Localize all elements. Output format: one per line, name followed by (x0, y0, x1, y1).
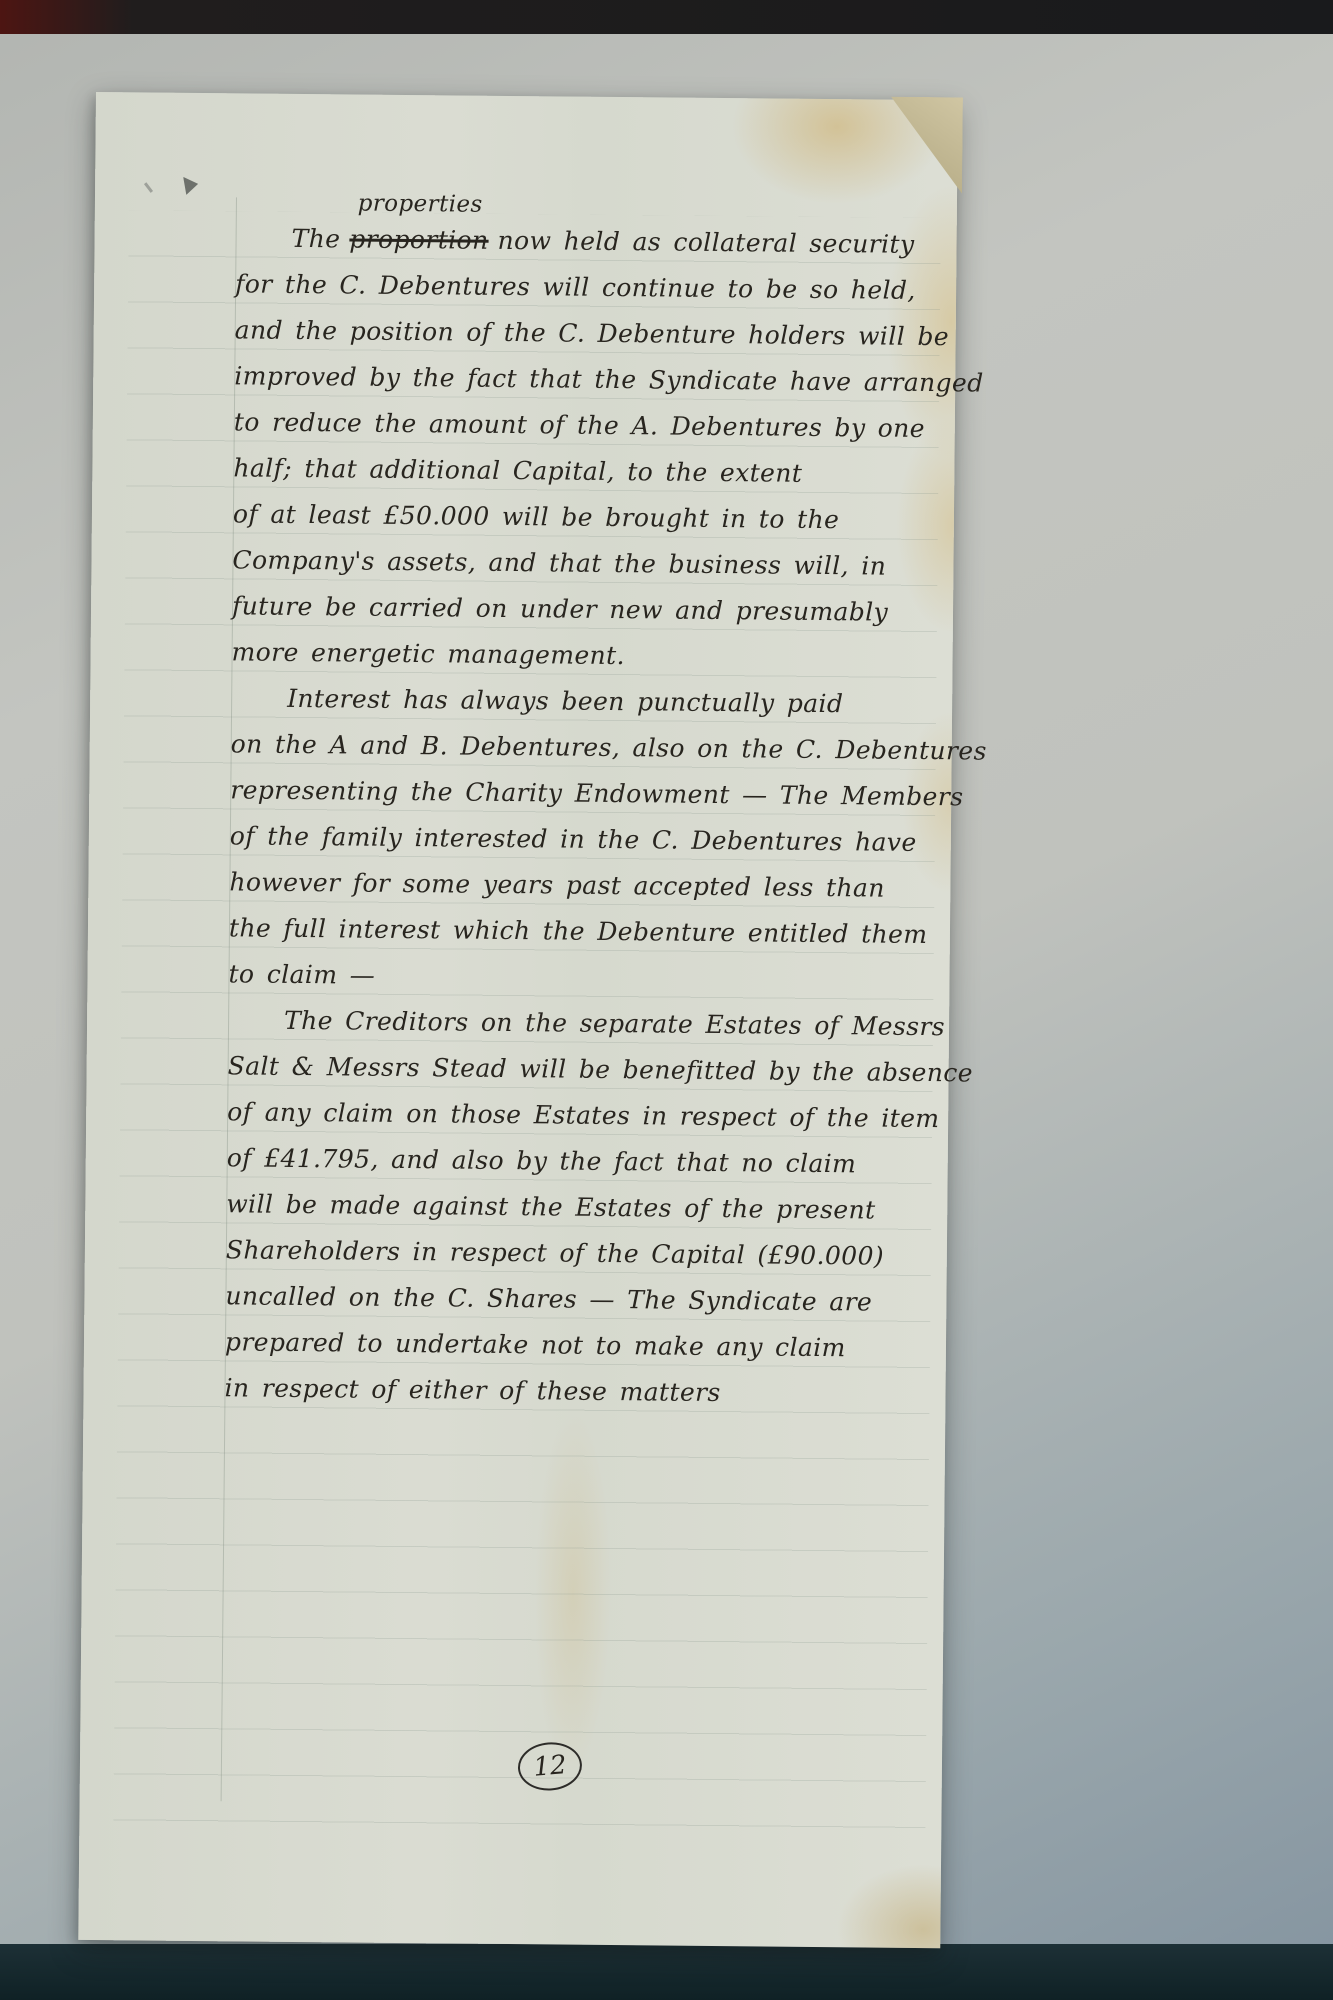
handwritten-text: Thepropertiesproportionnow held as colla… (224, 215, 941, 1418)
correction: propertiesproportion (349, 216, 489, 263)
manuscript-page: Thepropertiesproportionnow held as colla… (78, 92, 958, 1948)
manuscript-line: to claim — (228, 951, 934, 1004)
page-number: 12 (532, 1750, 567, 1782)
manuscript-line: the full interest which the Debenture en… (229, 905, 935, 958)
manuscript-line: on the A and B. Debentures, also on the … (231, 721, 937, 774)
pencil-tick-mark (144, 171, 167, 193)
manuscript-line: more energetic management. (231, 629, 937, 682)
manuscript-line: of £41.795, and also by the fact that no… (227, 1135, 933, 1188)
manuscript-line: Salt & Messrs Stead will be benefitted b… (227, 1043, 933, 1096)
manuscript-line: prepared to undertake not to make any cl… (225, 1319, 931, 1372)
manuscript-line: The Creditors on the separate Estates of… (228, 997, 934, 1050)
manuscript-line: uncalled on the C. Shares — The Syndicat… (225, 1273, 931, 1326)
manuscript-line: Shareholders in respect of the Capital (… (226, 1227, 932, 1280)
staple-mark (183, 177, 198, 195)
manuscript-line: and the position of the C. Debenture hol… (234, 307, 940, 360)
photo-edge-bottom (0, 1944, 1333, 2000)
manuscript-line: for the C. Debentures will continue to b… (235, 261, 941, 314)
line-text: The (291, 224, 340, 253)
manuscript-line: improved by the fact that the Syndicate … (234, 353, 940, 406)
torn-corner-fold (890, 97, 963, 210)
page-number-oval: 12 (516, 1740, 584, 1793)
manuscript-line: of the family interested in the C. Deben… (230, 813, 936, 866)
manuscript-line: half; that additional Capital, to the ex… (233, 445, 939, 498)
manuscript-line: future be carried on under new and presu… (232, 583, 938, 636)
manuscript-line: will be made against the Estates of the … (226, 1181, 932, 1234)
line-text: now held as collateral security (497, 226, 914, 259)
manuscript-line: of at least £50.000 will be brought in t… (233, 491, 939, 544)
manuscript-line: representing the Charity Endowment — The… (230, 767, 936, 820)
photo-edge-top (0, 0, 1333, 34)
inserted-word: properties (358, 181, 483, 228)
manuscript-line: to reduce the amount of the A. Debenture… (234, 399, 940, 452)
manuscript-line: Interest has always been punctually paid (231, 675, 937, 728)
manuscript-line: however for some years past accepted les… (229, 859, 935, 912)
manuscript-line: Thepropertiesproportionnow held as colla… (235, 215, 941, 268)
manuscript-line: in respect of either of these matters (224, 1365, 930, 1418)
manuscript-line: Company's assets, and that the business … (232, 537, 938, 590)
manuscript-line: of any claim on those Estates in respect… (227, 1089, 933, 1142)
struck-word: proportion (349, 224, 488, 254)
